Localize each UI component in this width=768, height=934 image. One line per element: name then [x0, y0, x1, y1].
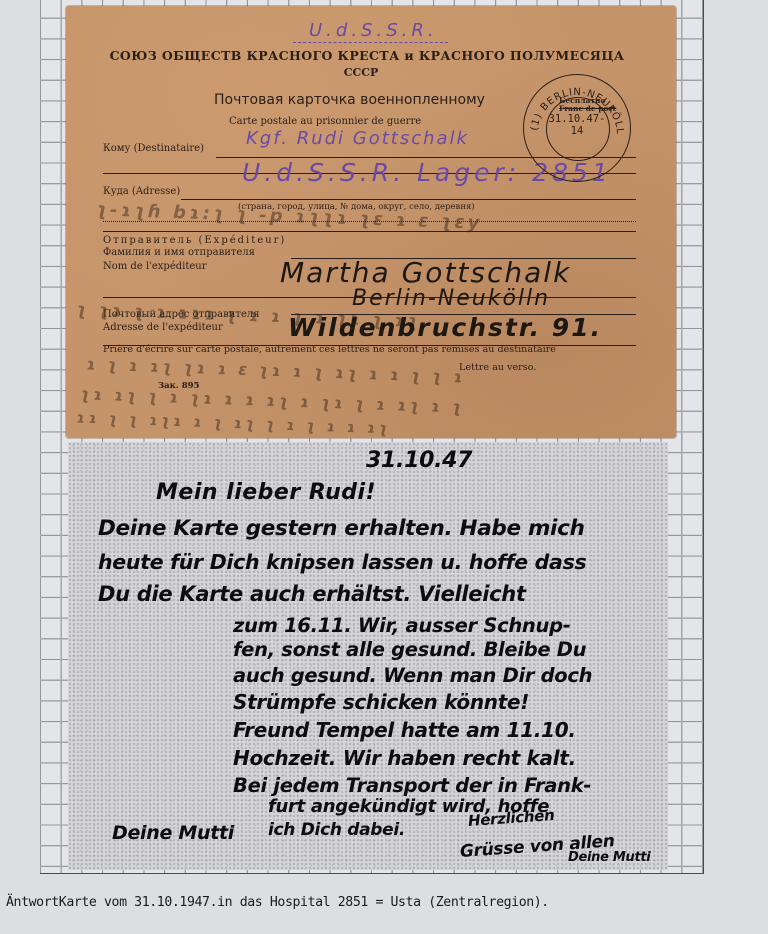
address-rule-3: [103, 231, 636, 232]
sender-address-line1: Berlin-Neukölln: [352, 286, 550, 311]
handwritten-ussr-header: U.d.S.S.R.: [309, 20, 438, 41]
card-title-french: Carte postale au prisonnier de guerre: [229, 116, 421, 127]
letter-line: Freund Tempel hatte am 11.10.: [233, 718, 576, 742]
address-rule-2: [103, 221, 636, 222]
address-label: Куда (Adresse): [103, 186, 180, 197]
letter-greeting: Mein lieber Rudi!: [156, 480, 376, 505]
letter-line: Bei jedem Transport der in Frank-: [233, 774, 591, 797]
letter-line: Strümpfe schicken könnte!: [233, 690, 529, 714]
letter-line: Du die Karte auch erhältst. Vielleicht: [98, 582, 526, 606]
postmark-date: 31.10.47-14: [546, 113, 608, 137]
red-cross-header: СОЮЗ ОБЩЕСТВ КРАСНОГО КРЕСТА и КРАСНОГО …: [102, 48, 632, 63]
letter-line: heute für Dich knipsen lassen u. hoffe d…: [98, 550, 586, 574]
print-code: Зак. 895: [158, 381, 199, 391]
sender-address-label-ru: Почтовый адрес отправителя: [103, 309, 260, 320]
sender-name: Martha Gottschalk: [280, 256, 571, 289]
letter-closing-left: Deine Mutti: [112, 822, 234, 844]
berlin-neukolln-postmark: (1) BERLIN-NEUKÖLLN Бесплатно Franc de p…: [523, 74, 631, 182]
letter-line: fen, sonst alle gesund. Bleibe Du: [233, 638, 586, 661]
letter-line: zum 16.11. Wir, ausser Schnup-: [233, 614, 571, 637]
recipient-name: Kgf. Rudi Gottschalk: [246, 128, 469, 149]
sender-address-line2: Wildenbruchstr. 91.: [288, 313, 602, 342]
postmark-free-label: Бесплатно Franc de port: [559, 97, 616, 113]
address-rule: [181, 199, 636, 200]
footer-notice: Prière d'écrire sur carte postale, autre…: [103, 344, 556, 355]
sender-name-label-fr: Nom de l'expéditeur: [103, 261, 207, 272]
card-title-russian: Почтовая карточка военнопленному: [214, 92, 485, 108]
letter-line: Deine Karte gestern erhalten. Habe mich: [98, 516, 585, 541]
letter-closing-right-3: Deine Mutti: [568, 850, 650, 865]
postcard-front: ʅ-ɿʅɦ bɿ:ʅ ʅ -p ɿʅʅɿ ʅɛ ɿ ɛ ʅɛy ʅ ʅɿ ʅ ɿ…: [66, 6, 676, 438]
footer-turn-over: Lettre au verso.: [459, 362, 536, 373]
recipient-label: Кому (Destinataire): [103, 143, 204, 154]
postcard-letter-back: 31.10.47 Mein lieber Rudi! Deine Karte g…: [68, 442, 668, 870]
letter-line: auch gesund. Wenn man Dir doch: [233, 664, 592, 687]
sender-name-label-ru: Фамилия и имя отправителя: [103, 247, 255, 258]
address-hint: (страна, город, улица, № дома, округ, се…: [238, 202, 475, 212]
letter-line: Hochzeit. Wir haben recht kalt.: [233, 746, 576, 770]
album-caption: ÄntwortKarte vom 31.10.1947.in das Hospi…: [6, 895, 549, 910]
postmark-free-fr: Franc de port: [559, 105, 616, 113]
letter-date: 31.10.47: [366, 448, 472, 473]
letter-line: ich Dich dabei.: [268, 820, 405, 840]
sender-label: Отправитель (Expéditeur): [103, 235, 286, 246]
sender-address-label-fr: Adresse de l'expéditeur: [103, 322, 223, 333]
